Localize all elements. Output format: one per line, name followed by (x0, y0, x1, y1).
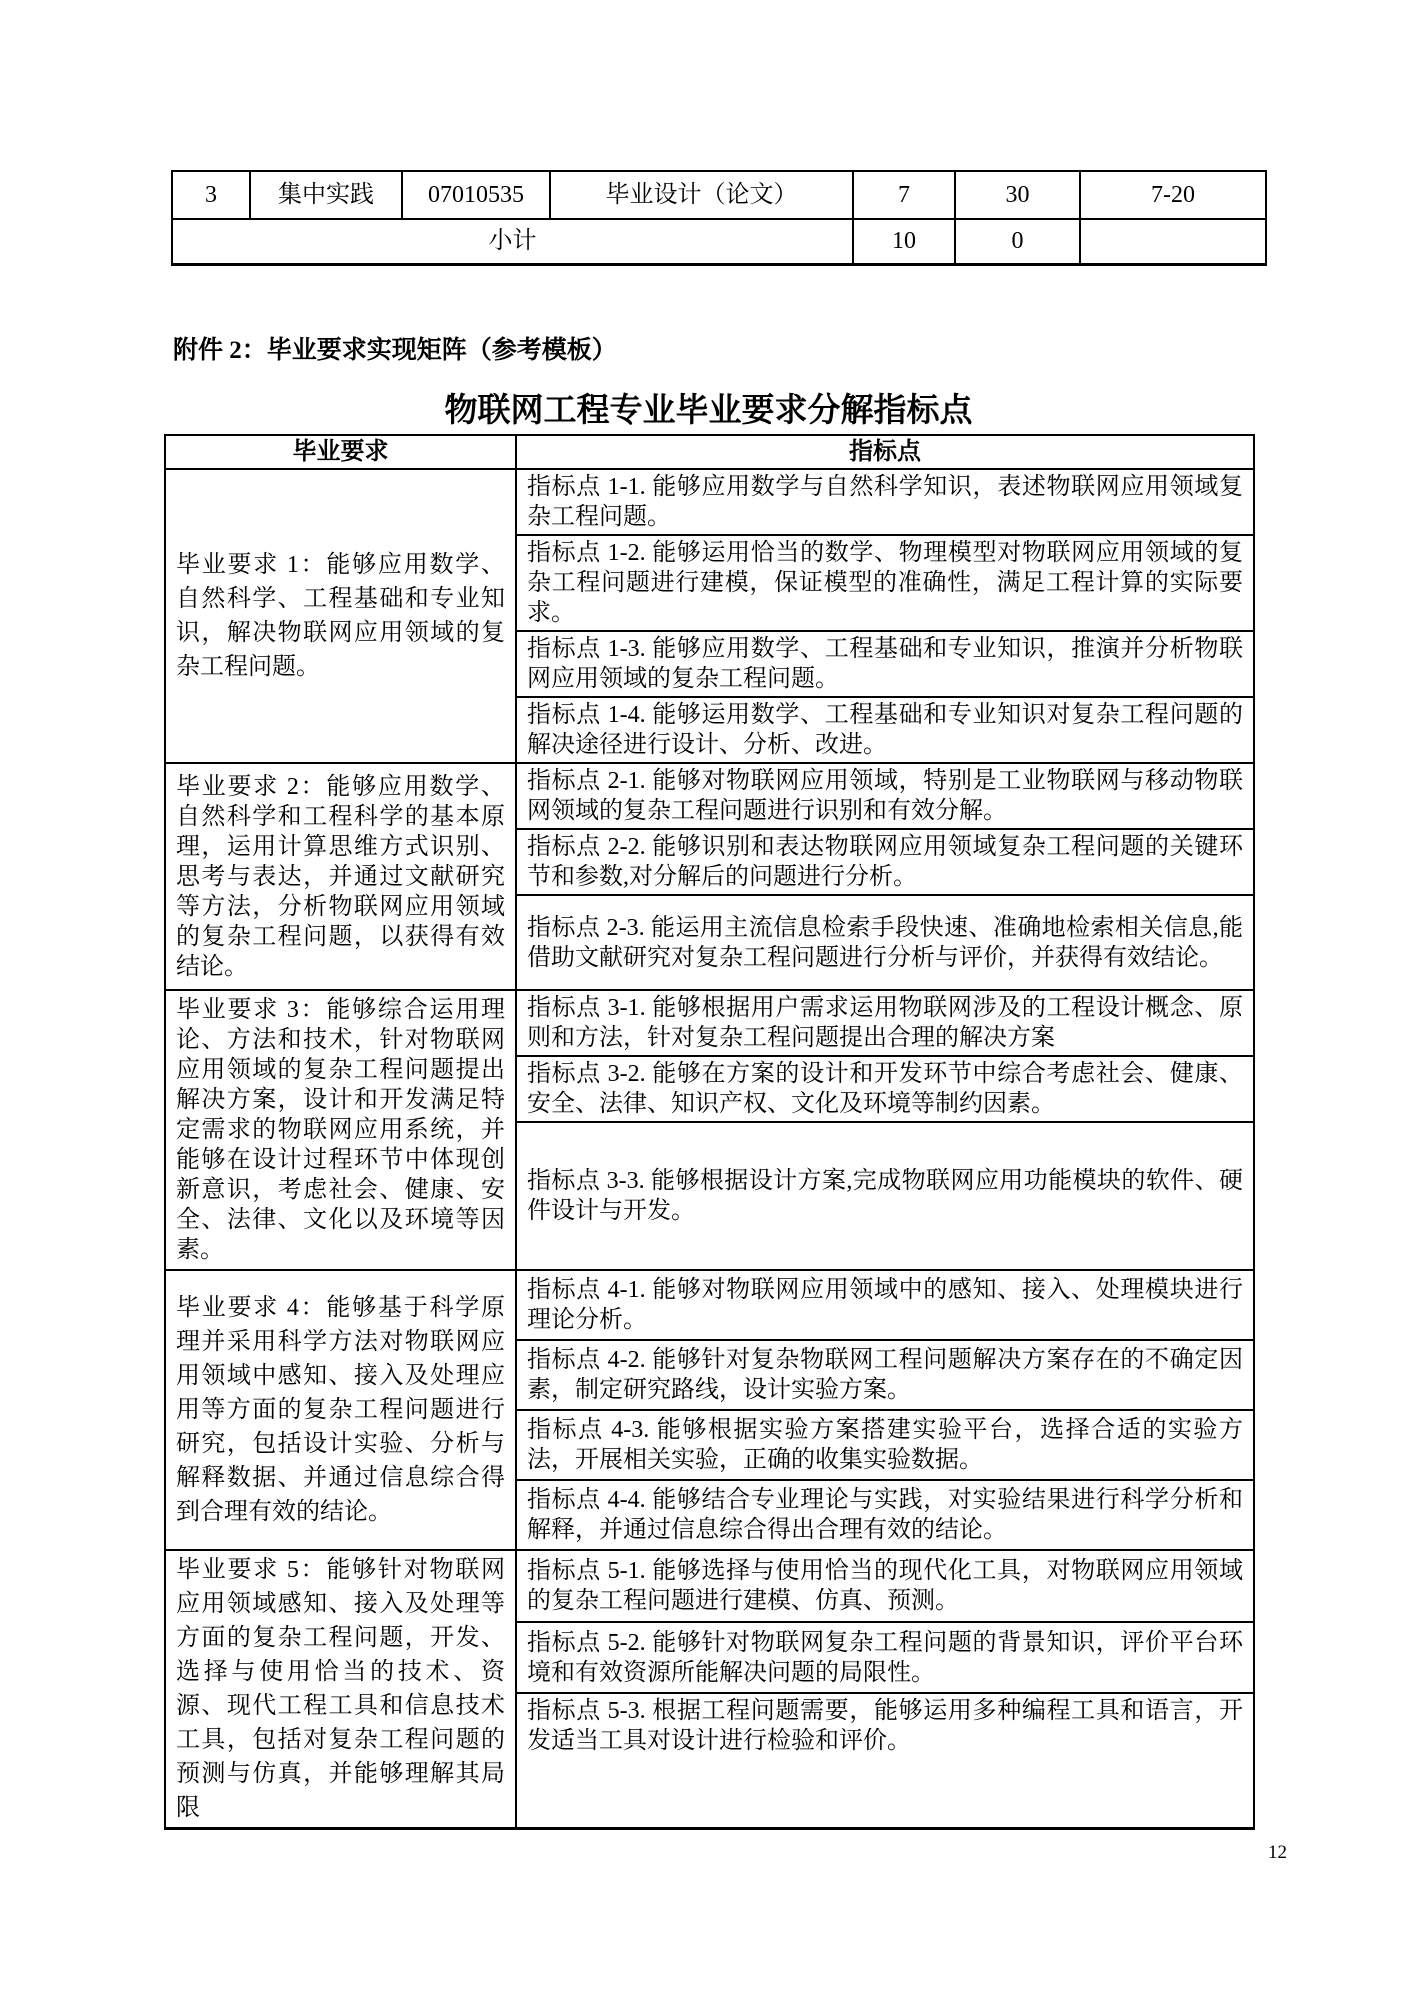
course-category-cell: 集中实践 (250, 171, 402, 219)
requirement-cell-5: 毕业要求 5：能够针对物联网应用领域感知、接入及处理等方面的复杂工程问题，开发、… (165, 1550, 516, 1829)
column-header-requirements: 毕业要求 (165, 435, 516, 469)
subtotal-hours-cell: 0 (955, 219, 1080, 264)
matrix-header-row: 毕业要求 指标点 (165, 435, 1254, 469)
indicator-cell-4-3: 指标点 4-3. 能够根据实验方案搭建实验平台，选择合适的实验方法，开展相关实验… (516, 1410, 1254, 1480)
indicator-cell-1-4: 指标点 1-4. 能够运用数学、工程基础和专业知识对复杂工程问题的解决途径进行设… (516, 697, 1254, 763)
requirement-cell-2: 毕业要求 2：能够应用数学、自然科学和工程科学的基本原理，运用计算思维方式识别、… (165, 763, 516, 990)
requirements-matrix-table: 毕业要求 指标点 毕业要求 1：能够应用数学、自然科学、工程基础和专业知识，解决… (164, 434, 1255, 1830)
subtotal-label-cell: 小计 (172, 219, 853, 264)
indicator-cell-4-2: 指标点 4-2. 能够针对复杂物联网工程问题解决方案存在的不确定因素，制定研究路… (516, 1340, 1254, 1410)
requirement-cell-1: 毕业要求 1：能够应用数学、自然科学、工程基础和专业知识，解决物联网应用领域的复… (165, 469, 516, 763)
indicator-cell-3-3: 指标点 3-3. 能够根据设计方案,完成物联网应用功能模块的软件、硬件设计与开发… (516, 1122, 1254, 1270)
indicator-cell-3-1: 指标点 3-1. 能够根据用户需求运用物联网涉及的工程设计概念、原则和方法，针对… (516, 990, 1254, 1056)
indicator-cell-4-4: 指标点 4-4. 能够结合专业理论与实践，对实验结果进行科学分析和解释，并通过信… (516, 1480, 1254, 1550)
course-index-cell: 3 (172, 171, 250, 219)
course-credits-cell: 7 (853, 171, 955, 219)
indicator-cell-1-2: 指标点 1-2. 能够运用恰当的数学、物理模型对物联网应用领域的复杂工程问题进行… (516, 535, 1254, 631)
course-code-cell: 07010535 (402, 171, 550, 219)
indicator-cell-5-3: 指标点 5-3. 根据工程问题需要，能够运用多种编程工具和语言，开发适当工具对设… (516, 1693, 1254, 1828)
page-number: 12 (1268, 1842, 1287, 1864)
subtotal-row: 小计 10 0 (172, 219, 1266, 264)
course-row: 3 集中实践 07010535 毕业设计（论文） 7 30 7-20 (172, 171, 1266, 219)
subtotal-weeks-cell (1080, 219, 1266, 264)
course-summary-table: 3 集中实践 07010535 毕业设计（论文） 7 30 7-20 小计 10… (171, 170, 1267, 266)
indicator-cell-2-1: 指标点 2-1. 能够对物联网应用领域，特别是工业物联网与移动物联网领域的复杂工… (516, 763, 1254, 829)
indicator-cell-2-2: 指标点 2-2. 能够识别和表达物联网应用领域复杂工程问题的关键环节和参数,对分… (516, 829, 1254, 895)
matrix-row: 毕业要求 3：能够综合运用理论、方法和技术，针对物联网应用领域的复杂工程问题提出… (165, 990, 1254, 1056)
indicator-cell-5-2: 指标点 5-2. 能够针对物联网复杂工程问题的背景知识，评价平台环境和有效资源所… (516, 1622, 1254, 1694)
matrix-row: 毕业要求 5：能够针对物联网应用领域感知、接入及处理等方面的复杂工程问题，开发、… (165, 1550, 1254, 1622)
indicator-cell-1-3: 指标点 1-3. 能够应用数学、工程基础和专业知识，推演并分析物联网应用领域的复… (516, 631, 1254, 697)
matrix-title: 物联网工程专业毕业要求分解指标点 (164, 384, 1253, 431)
matrix-row: 毕业要求 1：能够应用数学、自然科学、工程基础和专业知识，解决物联网应用领域的复… (165, 469, 1254, 535)
course-weeks-cell: 7-20 (1080, 171, 1266, 219)
subtotal-credits-cell: 10 (853, 219, 955, 264)
matrix-row: 毕业要求 2：能够应用数学、自然科学和工程科学的基本原理，运用计算思维方式识别、… (165, 763, 1254, 829)
requirement-cell-4: 毕业要求 4：能够基于科学原理并采用科学方法对物联网应用领域中感知、接入及处理应… (165, 1270, 516, 1550)
requirement-cell-3: 毕业要求 3：能够综合运用理论、方法和技术，针对物联网应用领域的复杂工程问题提出… (165, 990, 516, 1270)
indicator-cell-3-2: 指标点 3-2. 能够在方案的设计和开发环节中综合考虑社会、健康、安全、法律、知… (516, 1056, 1254, 1122)
column-header-indicators: 指标点 (516, 435, 1254, 469)
course-hours-cell: 30 (955, 171, 1080, 219)
indicator-cell-5-1: 指标点 5-1. 能够选择与使用恰当的现代化工具，对物联网应用领域的复杂工程问题… (516, 1550, 1254, 1622)
attachment-heading: 附件 2：毕业要求实现矩阵（参考模板） (173, 330, 617, 366)
indicator-cell-4-1: 指标点 4-1. 能够对物联网应用领域中的感知、接入、处理模块进行理论分析。 (516, 1270, 1254, 1340)
matrix-row: 毕业要求 4：能够基于科学原理并采用科学方法对物联网应用领域中感知、接入及处理应… (165, 1270, 1254, 1340)
indicator-cell-1-1: 指标点 1-1. 能够应用数学与自然科学知识，表述物联网应用领域复杂工程问题。 (516, 469, 1254, 535)
document-page: 3 集中实践 07010535 毕业设计（论文） 7 30 7-20 小计 10… (0, 0, 1411, 1995)
course-name-cell: 毕业设计（论文） (550, 171, 853, 219)
indicator-cell-2-3: 指标点 2-3. 能运用主流信息检索手段快速、准确地检索相关信息,能借助文献研究… (516, 895, 1254, 990)
